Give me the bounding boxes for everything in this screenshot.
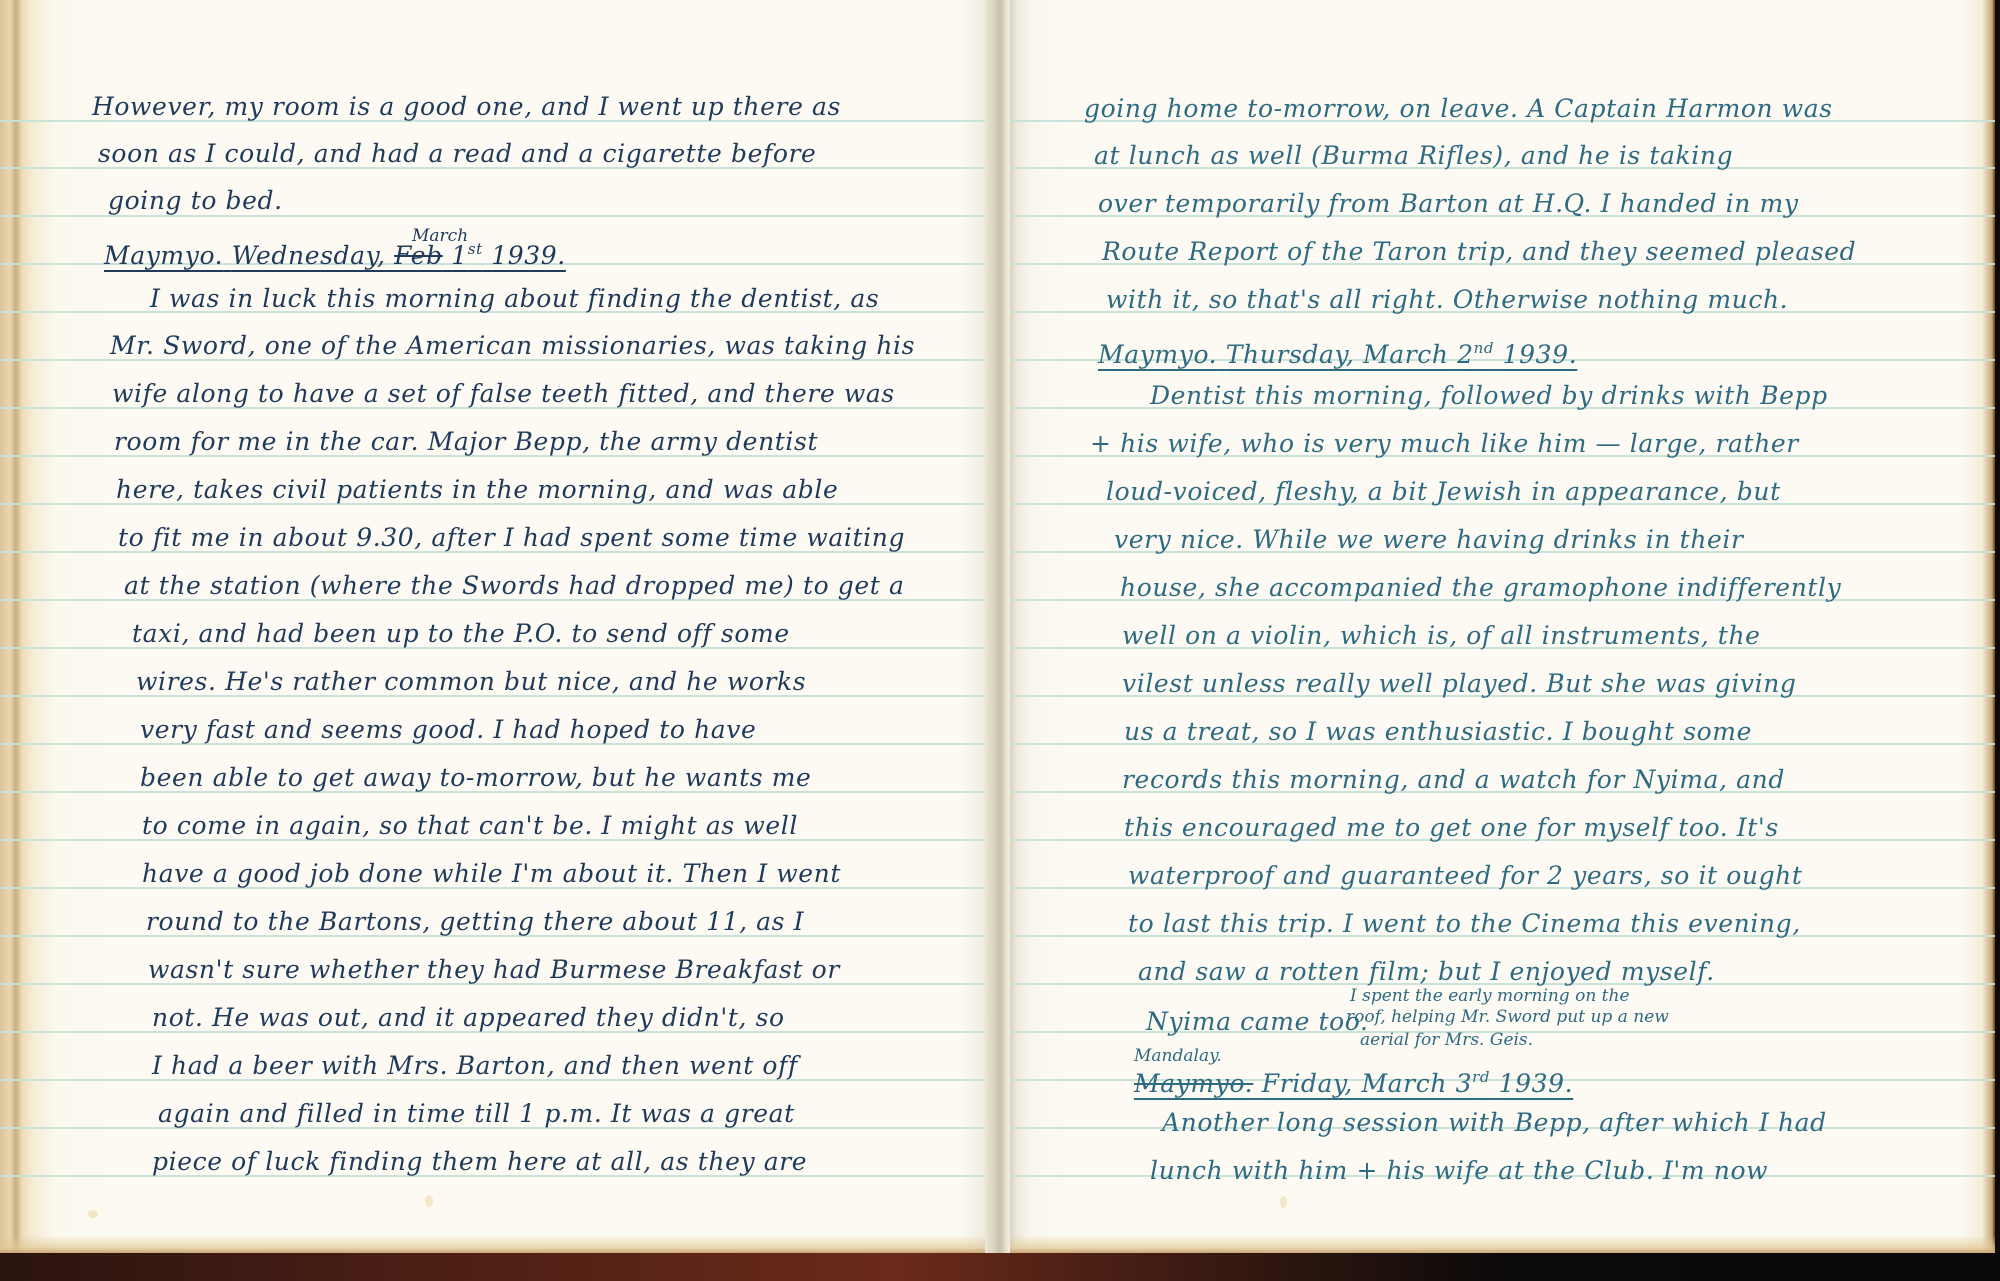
- text-line: to fit me in about 9.30, after I had spe…: [118, 523, 905, 553]
- text-line: However, my room is a good one, and I we…: [92, 92, 841, 122]
- text-line: records this morning, and a watch for Ny…: [1122, 765, 1785, 795]
- text-line: again and filled in time till 1 p.m. It …: [158, 1099, 795, 1129]
- ink-stain: [88, 1210, 98, 1218]
- text-line: very fast and seems good. I had hoped to…: [140, 715, 756, 745]
- text-line: lunch with him + his wife at the Club. I…: [1150, 1156, 1768, 1186]
- text-line: us a treat, so I was enthusiastic. I bou…: [1124, 717, 1752, 747]
- text-line: + his wife, who is very much like him — …: [1090, 429, 1799, 459]
- text-line: going home to-morrow, on leave. A Captai…: [1084, 94, 1833, 124]
- text-line: waterproof and guaranteed for 2 years, s…: [1128, 861, 1803, 891]
- heading-year: 1939.: [491, 241, 566, 270]
- notebook-spread: However, my room is a good one, and I we…: [0, 0, 2000, 1281]
- entry-heading-friday: Maymyo. Friday, March 3rd 1939.: [1134, 1062, 1573, 1099]
- text-line: at the station (where the Swords had dro…: [124, 571, 905, 601]
- text-line: not. He was out, and it appeared they di…: [152, 1003, 785, 1033]
- ink-stain: [1280, 1196, 1287, 1208]
- entry-heading-thursday: Maymyo. Thursday, March 2nd 1939.: [1098, 333, 1577, 370]
- text-line: going to bed.: [108, 186, 283, 216]
- text-line: with it, so that's all right. Otherwise …: [1106, 285, 1788, 315]
- heading-day-suffix: st: [468, 240, 483, 258]
- page-edge-foxing: [1010, 1235, 1995, 1253]
- text-line: wires. He's rather common but nice, and …: [136, 667, 806, 697]
- text-line: Nyima came too.: [1146, 1007, 1369, 1037]
- text-line: over temporarily from Barton at H.Q. I h…: [1098, 189, 1799, 219]
- text-line: I was in luck this morning about finding…: [150, 284, 879, 314]
- text-line: have a good job done while I'm about it.…: [142, 859, 841, 889]
- page-edge-foxing: [0, 1235, 1000, 1253]
- text-line: here, takes civil patients in the mornin…: [116, 475, 838, 505]
- heading-weekday: Wednesday,: [232, 241, 386, 270]
- text-line: wife along to have a set of false teeth …: [112, 379, 895, 409]
- heading-place: Maymyo.: [104, 241, 223, 270]
- entry-heading-wednesday: Maymyo. Wednesday, Feb 1st 1939.: [104, 234, 566, 271]
- text-line: Dentist this morning, followed by drinks…: [1150, 381, 1828, 411]
- text-line: Route Report of the Taron trip, and they…: [1102, 237, 1856, 267]
- heading-day-suffix: nd: [1474, 339, 1494, 357]
- ink-stain: [425, 1195, 433, 1207]
- text-line: very nice. While we were having drinks i…: [1114, 525, 1744, 555]
- heading-day: 3: [1456, 1069, 1473, 1098]
- heading-year: 1939.: [1503, 340, 1578, 369]
- text-line: I had a beer with Mrs. Barton, and then …: [152, 1051, 798, 1081]
- heading-year: 1939.: [1499, 1069, 1574, 1098]
- text-line: vilest unless really well played. But sh…: [1122, 669, 1797, 699]
- book-spine-gutter: [985, 0, 1010, 1253]
- text-line: at lunch as well (Burma Rifles), and he …: [1094, 141, 1733, 171]
- heading-month: March: [1363, 340, 1449, 369]
- text-line: loud-voiced, fleshy, a bit Jewish in app…: [1106, 477, 1781, 507]
- text-line: taxi, and had been up to the P.O. to sen…: [132, 619, 790, 649]
- inserted-month: March: [412, 226, 468, 246]
- heading-place: Maymyo.: [1098, 340, 1217, 369]
- heading-day: 2: [1457, 340, 1474, 369]
- text-line: soon as I could, and had a read and a ci…: [98, 139, 816, 169]
- text-line: Mr. Sword, one of the American missionar…: [110, 331, 915, 361]
- heading-month: March: [1361, 1069, 1447, 1098]
- text-line: and saw a rotten film; but I enjoyed mys…: [1138, 957, 1715, 987]
- heading-weekday: Friday,: [1262, 1069, 1353, 1098]
- book-cover-edge: [0, 1253, 2000, 1281]
- text-line: room for me in the car. Major Bepp, the …: [114, 427, 818, 457]
- struck-place: Maymyo.: [1134, 1069, 1253, 1098]
- text-line: wasn't sure whether they had Burmese Bre…: [148, 955, 840, 985]
- text-line: to come in again, so that can't be. I mi…: [142, 811, 798, 841]
- text-line: round to the Bartons, getting there abou…: [146, 907, 804, 937]
- text-line: this encouraged me to get one for myself…: [1124, 813, 1779, 843]
- heading-weekday: Thursday,: [1226, 340, 1355, 369]
- marginal-insert-line: roof, helping Mr. Sword put up a new: [1346, 1007, 1669, 1027]
- text-line: piece of luck finding them here at all, …: [152, 1147, 807, 1177]
- marginal-insert-line: aerial for Mrs. Geis.: [1360, 1030, 1533, 1050]
- text-line: well on a violin, which is, of all instr…: [1122, 621, 1761, 651]
- text-line: been able to get away to-morrow, but he …: [140, 763, 811, 793]
- left-page: However, my room is a good one, and I we…: [0, 0, 1000, 1253]
- text-line: to last this trip. I went to the Cinema …: [1128, 909, 1801, 939]
- heading-day-suffix: rd: [1472, 1068, 1490, 1086]
- text-line: house, she accompanied the gramophone in…: [1120, 573, 1841, 603]
- right-page: going home to-morrow, on leave. A Captai…: [1010, 0, 1995, 1253]
- text-line: Another long session with Bepp, after wh…: [1162, 1108, 1827, 1138]
- marginal-insert-line: I spent the early morning on the: [1350, 986, 1630, 1006]
